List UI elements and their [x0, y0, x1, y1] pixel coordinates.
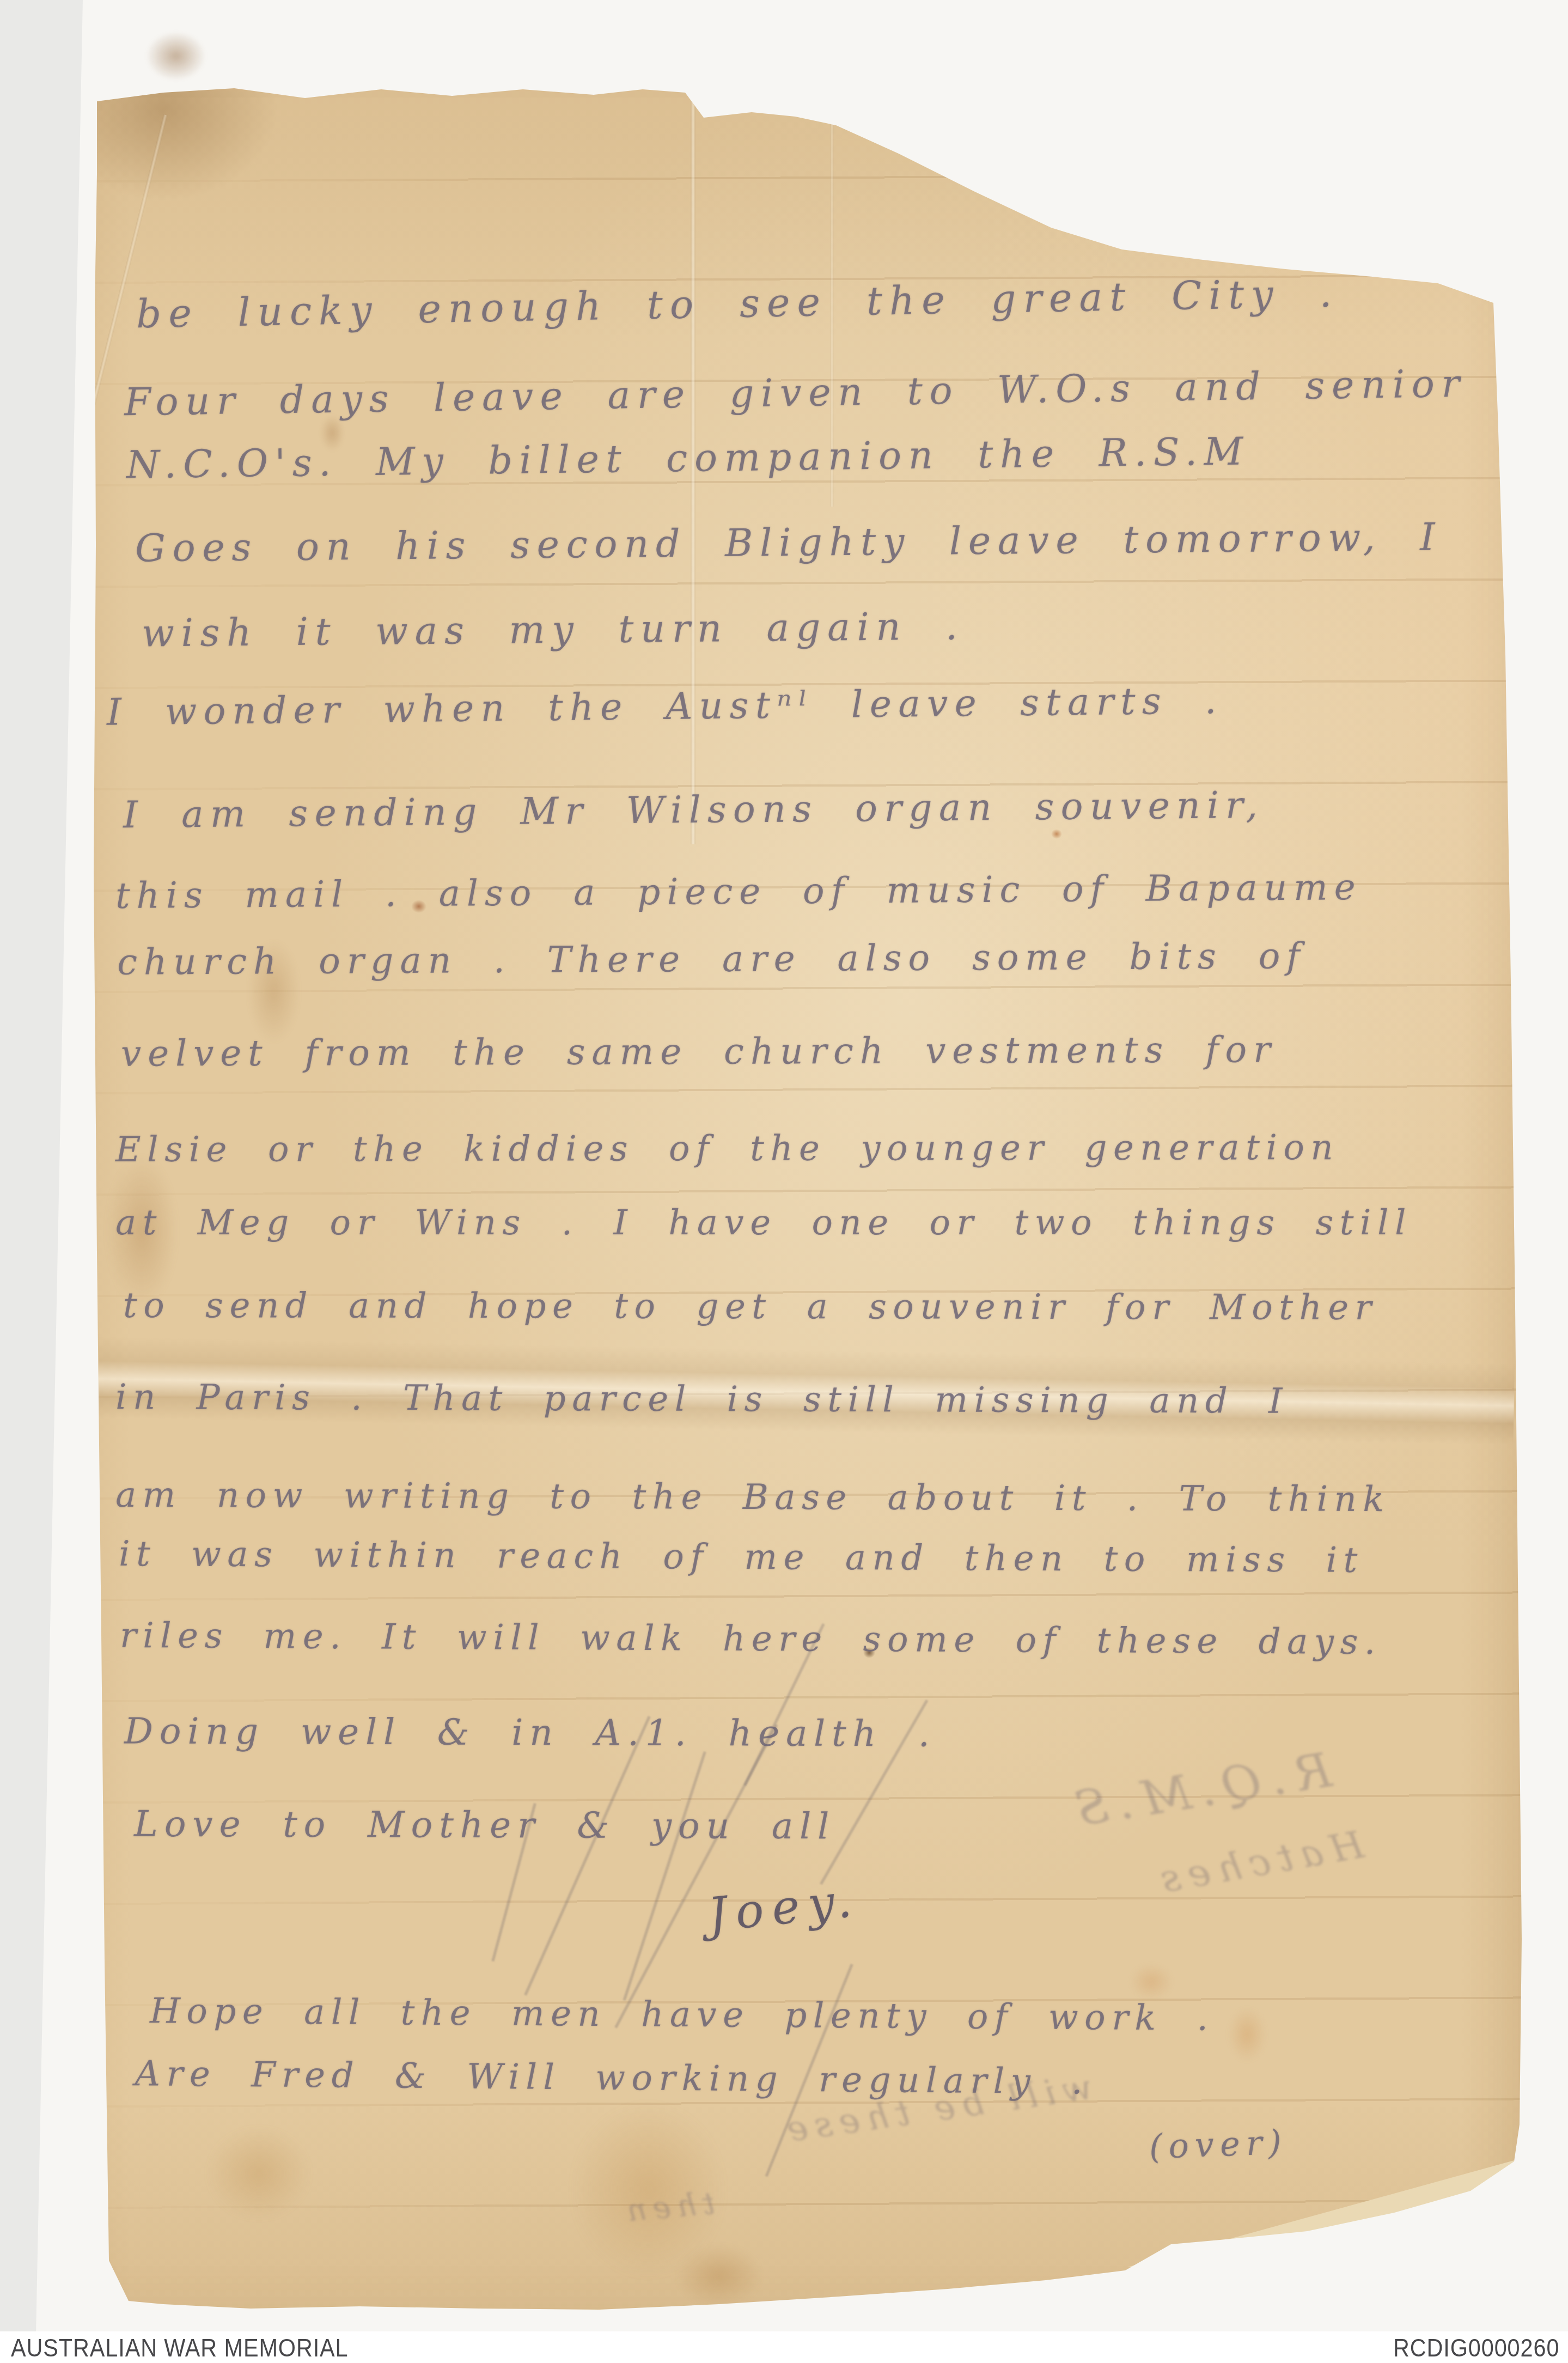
- handwriting-line: Love to Mother & you all: [134, 1803, 835, 1847]
- stain: [1228, 2007, 1266, 2062]
- handwriting-line: Doing well & in A.1. health .: [124, 1710, 936, 1755]
- handwriting-line: in Paris . That parcel is still missing …: [115, 1377, 1289, 1422]
- handwriting-line: Elsie or the kiddies of the younger gene…: [115, 1128, 1339, 1170]
- stain: [1130, 1964, 1173, 2000]
- backing-stain: [146, 32, 206, 81]
- stain: [1051, 829, 1062, 839]
- handwriting-line: am now writing to the Base about it . To…: [115, 1475, 1390, 1520]
- handwriting-line: church organ . There are also some bits …: [117, 935, 1307, 983]
- handwriting-line: it was within reach of me and then to mi…: [119, 1534, 1364, 1581]
- letter-page: R.Q.M.SHatcheswill be thesethen be lucky…: [0, 0, 1568, 2363]
- scan-canvas: R.Q.M.SHatcheswill be thesethen be lucky…: [0, 0, 1568, 2363]
- footer-id: RCDIG0000260: [1393, 2335, 1559, 2360]
- handwriting-line: riles me. It will walk here some of thes…: [120, 1616, 1382, 1662]
- footer-bar: AUSTRALIAN WAR MEMORIAL RCDIG0000260: [0, 2331, 1568, 2363]
- handwriting-line: to send and hope to get a souvenir for M…: [123, 1286, 1378, 1328]
- footer-institution: AUSTRALIAN WAR MEMORIAL: [11, 2335, 349, 2360]
- handwriting-line: this mail . also a piece of music of Bap…: [115, 866, 1362, 917]
- handwriting-line: Hope all the men have plenty of work .: [150, 1991, 1215, 2039]
- handwriting-line: Are Fred & Will working regularly .: [135, 2054, 1089, 2102]
- handwriting-line: velvet from the same church vestments fo…: [121, 1028, 1277, 1074]
- stain: [207, 2127, 310, 2220]
- stain: [675, 2244, 762, 2307]
- handwriting-line: at Meg or Wins . I have one or two thing…: [115, 1203, 1412, 1243]
- over-note: (over): [1149, 2122, 1288, 2167]
- handwriting-line: wish it was my turn again .: [142, 604, 965, 655]
